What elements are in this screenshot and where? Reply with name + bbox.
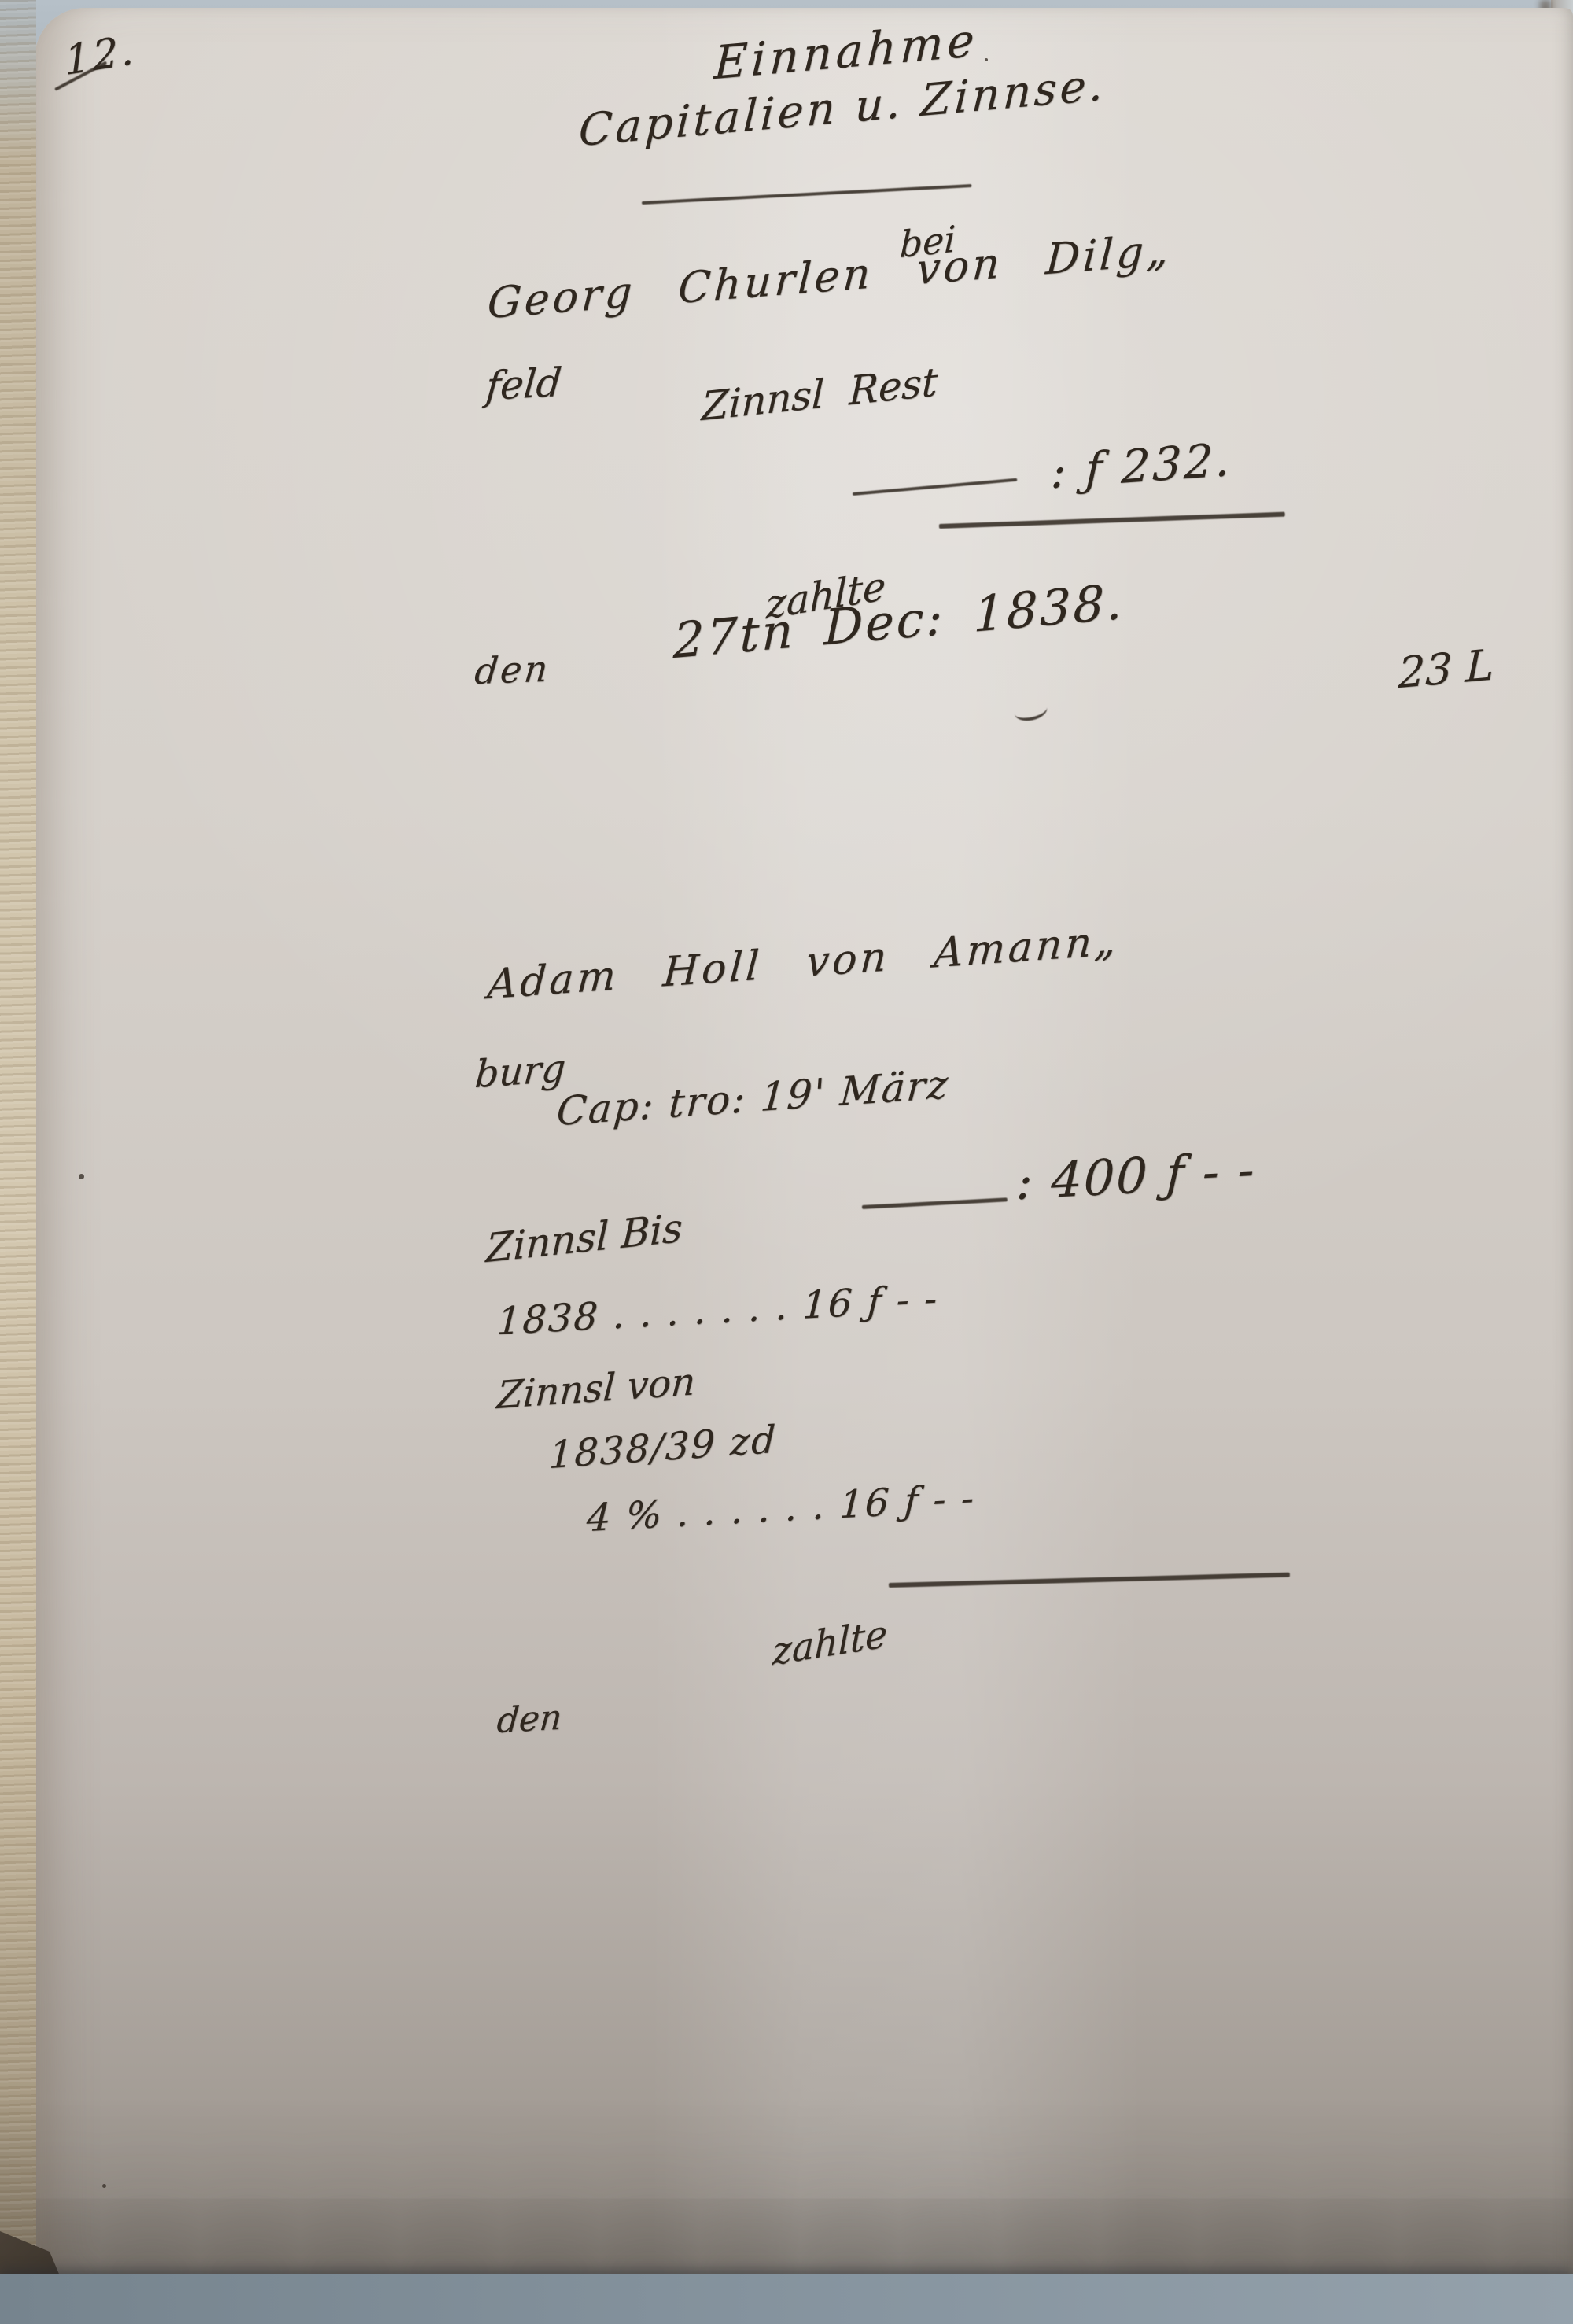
entry2-interest-from-line: 4 % . . . . . . 16 ƒ - - [586,1476,977,1540]
entry2-interest-to-label: Zinnsl Bis [485,1204,683,1271]
entry2-interest-from-year: 1838/39 zd [548,1418,778,1478]
entry2-sum-rule [889,1573,1290,1588]
entry1-margin-amount: 23 L [1398,640,1494,698]
photo-background: 12. Einnahme Capitalien u. Zinnse. bei G… [0,0,1573,2324]
entry2-paid-label: zahlte [772,1611,888,1674]
entry2-paid-prefix: den [495,1698,564,1742]
entry2-debtor-line-1: Adam Holl von Amann„ [486,917,1121,1009]
ink-speck [79,1174,84,1179]
heading-underline [642,184,972,205]
entry1-amount: : ƒ 232. [1050,433,1233,499]
entry2-capital-amount: : 400 ƒ - - [1015,1141,1257,1211]
entry2-debtor-line-2: burg [473,1046,567,1097]
entry1-debtor-line-2: feld [484,360,563,409]
entry1-debtor-line-1: Georg Churlen von Dilg„ [486,224,1173,328]
entry1-paid-prefix: den [473,647,552,693]
entry2-capital-reference: Cap: tro: 19' März [555,1061,951,1134]
table-surface [0,2274,1573,2324]
entry2-interest-from-label: Zinnsl von [495,1359,697,1418]
entry1-sum-rule [939,512,1285,529]
entry2-interest-to-line: 1838 . . . . . . . 16 ƒ - - [496,1276,940,1344]
ink-speck [102,2184,106,2188]
book-page-edges [0,0,36,2324]
entry1-interest-label: Zinnsl Rest [701,359,938,430]
manuscript-page: 12. Einnahme Capitalien u. Zinnse. bei G… [35,8,1573,2278]
entry1-amount-dash [853,478,1018,496]
entry2-amount-dash [862,1197,1008,1209]
page-number: 12. [63,27,137,86]
entry1-date-flourish [1013,699,1049,724]
entry1-paid-date: 27tn Dec: 1838. [672,573,1125,670]
ink-speck [985,58,988,61]
